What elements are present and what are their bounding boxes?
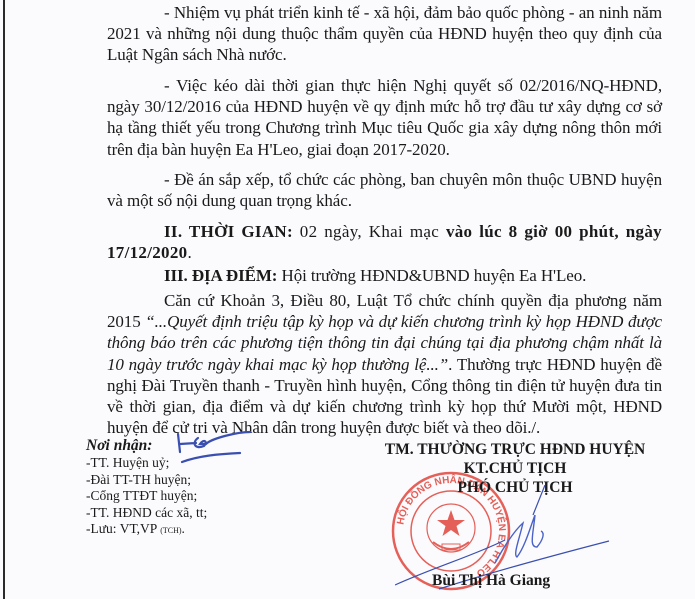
paragraph-legal-basis: Căn cứ Khoản 3, Điều 80, Luật Tổ chức ch… [107, 290, 662, 438]
section-time: II. THỜI GIAN: 02 ngày, Khai mạc vào lúc… [107, 221, 662, 263]
signature-position: PHÓ CHỦ TỊCH [350, 478, 680, 497]
signature-role: KT.CHỦ TỊCH [350, 459, 680, 478]
section-time-heading: II. THỜI GIAN: [164, 222, 293, 241]
section-location-text: Hội trường HĐND&UBND huyện Ea H'Leo. [277, 266, 586, 285]
recipient-item: -Cổng TTĐT huyện; [86, 488, 207, 505]
signature-title: TM. THƯỜNG TRỰC HĐND HUYỆN [350, 440, 680, 459]
section-location: III. ĐỊA ĐIỂM: Hội trường HĐND&UBND huyệ… [107, 265, 662, 286]
recipients-block: Nơi nhận: -TT. Huyện uỷ; -Đài TT-TH huyệ… [86, 436, 207, 540]
paragraph-economic-tasks: - Nhiệm vụ phát triển kinh tế - xã hội, … [107, 2, 662, 66]
paragraph-restructuring-plan: - Đề án sắp xếp, tổ chức các phòng, ban … [107, 169, 662, 211]
section-time-text: 02 ngày, Khai mạc [293, 222, 446, 241]
recipient-item: -Đài TT-TH huyện; [86, 472, 207, 489]
recipient-item: -TT. Huyện uỷ; [86, 455, 207, 472]
recipient-item: -TT. HĐND các xã, tt; [86, 505, 207, 522]
signature-block: TM. THƯỜNG TRỰC HĐND HUYỆN KT.CHỦ TỊCH P… [350, 440, 680, 497]
recipient-item-archive: -Lưu: VT,VP (TCH). [86, 521, 207, 540]
section-location-heading: III. ĐỊA ĐIỂM: [164, 266, 277, 285]
scan-edge-line [3, 0, 5, 599]
recipients-title: Nơi nhận: [86, 436, 207, 455]
signer-name: Bùi Thị Hà Giang [432, 572, 550, 590]
paragraph-resolution-extension: - Việc kéo dài thời gian thực hiện Nghị … [107, 75, 662, 160]
national-emblem-icon [427, 504, 475, 552]
